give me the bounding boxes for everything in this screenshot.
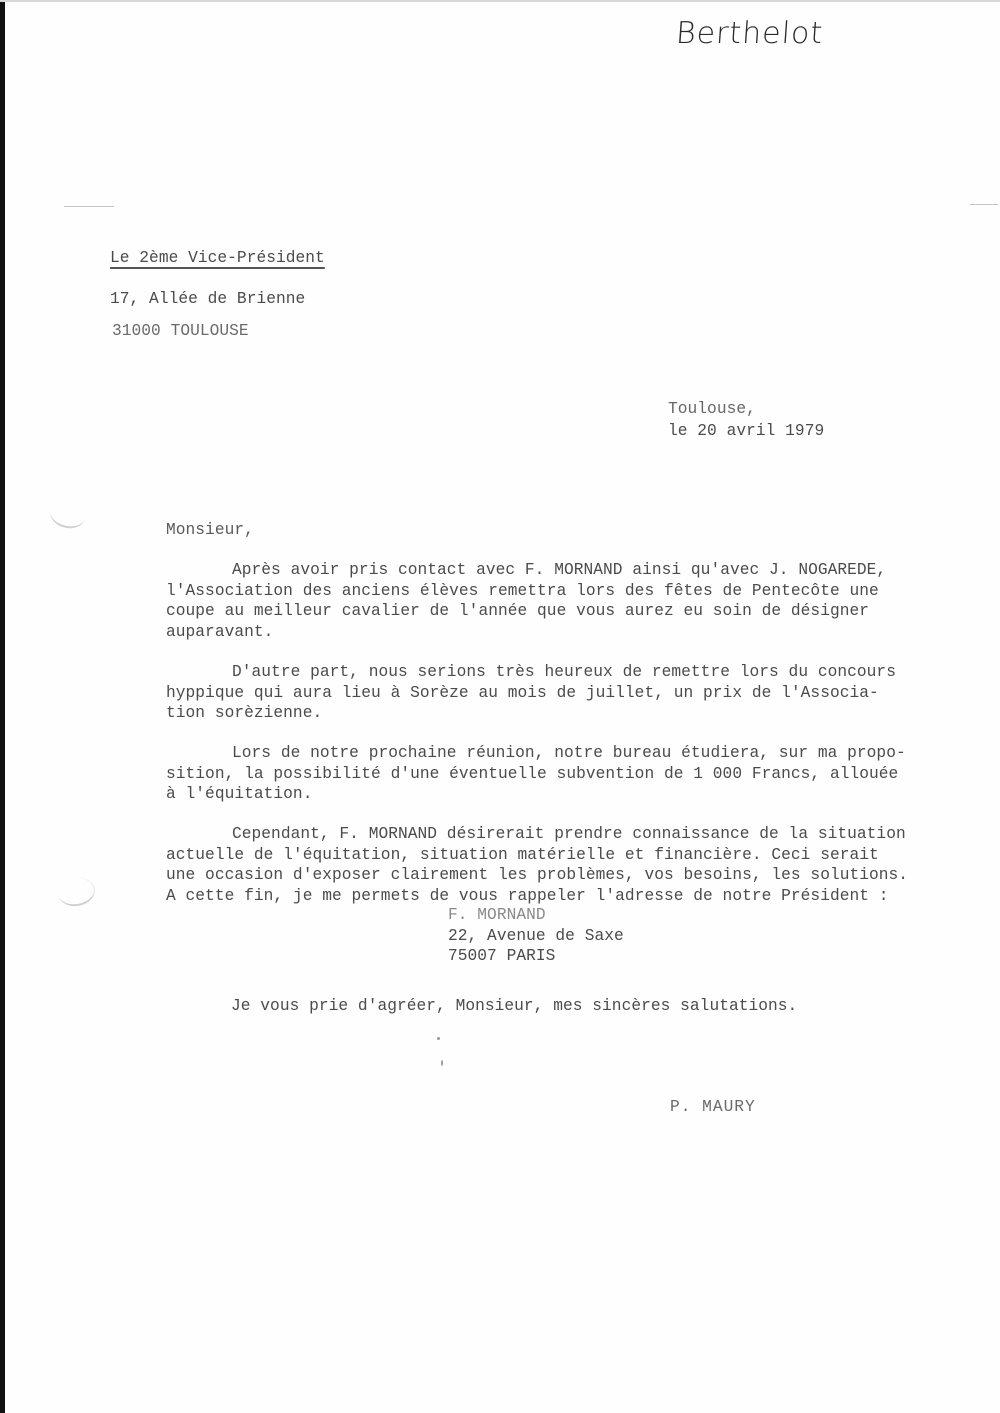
date-place: Toulouse, bbox=[668, 399, 756, 420]
paragraph-line: Après avoir pris contact avec F. MORNAND… bbox=[166, 560, 986, 581]
scan-edge bbox=[0, 0, 5, 1413]
ink-speck bbox=[437, 1037, 440, 1040]
ink-speck bbox=[441, 1060, 443, 1066]
president-street: 22, Avenue de Saxe bbox=[448, 926, 624, 947]
paragraph-1: Après avoir pris contact avec F. MORNAND… bbox=[166, 560, 986, 642]
paragraph-line: A cette fin, je me permets de vous rappe… bbox=[166, 886, 986, 907]
scan-mark bbox=[64, 206, 114, 207]
paragraph-line: D'autre part, nous serions très heureux … bbox=[166, 662, 986, 683]
paragraph-line: Cependant, F. MORNAND désirerait prendre… bbox=[166, 824, 986, 845]
paragraph-line: à l'équitation. bbox=[166, 784, 986, 805]
paragraph-line: actuelle de l'équitation, situation maté… bbox=[166, 845, 986, 866]
closing-formula: Je vous prie d'agréer, Monsieur, mes sin… bbox=[231, 996, 797, 1017]
sender-address-line1: 17, Allée de Brienne bbox=[110, 289, 305, 310]
paragraph-line: une occasion d'exposer clairement les pr… bbox=[166, 865, 986, 886]
president-name: F. MORNAND bbox=[448, 905, 624, 926]
scan-mark bbox=[970, 204, 998, 205]
paragraph-line: tion sorèzienne. bbox=[166, 703, 986, 724]
paragraph-line: hyppique qui aura lieu à Sorèze au mois … bbox=[166, 683, 986, 704]
handwritten-annotation: Berthelot bbox=[675, 16, 825, 51]
letter-page: Berthelot Le 2ème Vice-Président 17, All… bbox=[0, 0, 1000, 1413]
paragraph-line: coupe au meilleur cavalier de l'année qu… bbox=[166, 601, 986, 622]
paragraph-line: sition, la possibilité d'une éventuelle … bbox=[166, 764, 986, 785]
president-address: F. MORNAND 22, Avenue de Saxe 75007 PARI… bbox=[448, 905, 624, 967]
scan-top-edge bbox=[0, 0, 1000, 2]
paragraph-2: D'autre part, nous serions très heureux … bbox=[166, 662, 986, 724]
date-text: le 20 avril 1979 bbox=[668, 421, 824, 442]
paragraph-line: l'Association des anciens élèves remettr… bbox=[166, 581, 986, 602]
sender-address-line2: 31000 TOULOUSE bbox=[112, 321, 249, 342]
punch-hole-mark bbox=[47, 497, 88, 532]
president-city: 75007 PARIS bbox=[448, 946, 624, 967]
paragraph-line: auparavant. bbox=[166, 622, 986, 643]
paragraph-line: Lors de notre prochaine réunion, notre b… bbox=[166, 743, 986, 764]
paragraph-3: Lors de notre prochaine réunion, notre b… bbox=[166, 743, 986, 805]
paragraph-4: Cependant, F. MORNAND désirerait prendre… bbox=[166, 824, 986, 906]
signature: P. MAURY bbox=[670, 1097, 756, 1118]
sender-title: Le 2ème Vice-Président bbox=[110, 248, 325, 269]
salutation: Monsieur, bbox=[166, 520, 254, 541]
punch-hole-mark bbox=[56, 875, 97, 909]
